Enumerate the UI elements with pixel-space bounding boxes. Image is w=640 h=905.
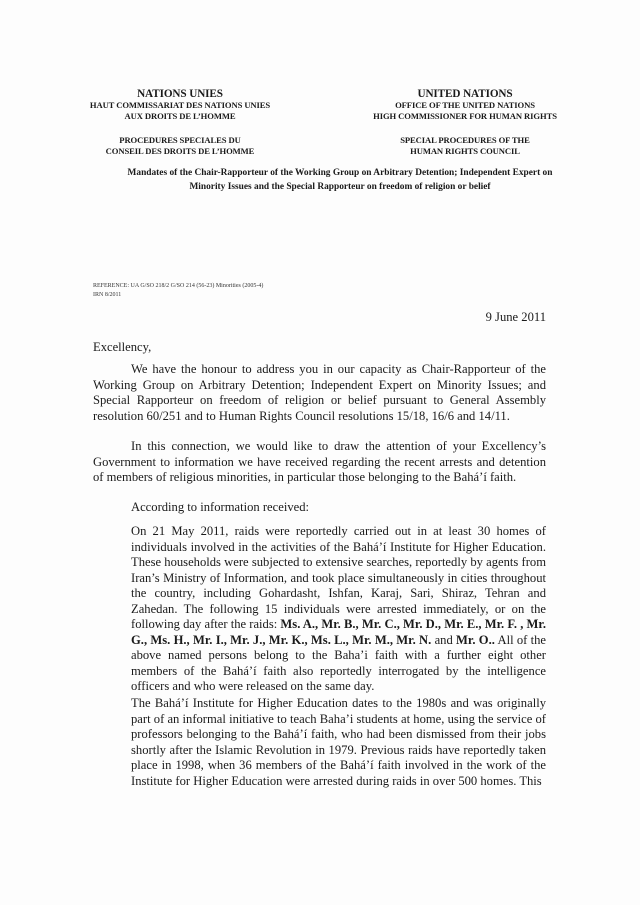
raids-text: On 21 May 2011, raids were reportedly ca…: [131, 524, 546, 631]
letterhead-french: NATIONS UNIES HAUT COMMISSARIAT DES NATI…: [65, 88, 295, 157]
org-name-en: UNITED NATIONS: [335, 88, 595, 100]
office-line-fr-1: HAUT COMMISSARIAT DES NATIONS UNIES: [65, 100, 295, 111]
letter-date: 9 June 2011: [486, 310, 546, 325]
office-line-en-2: HIGH COMMISSIONER FOR HUMAN RIGHTS: [335, 111, 595, 122]
and-text: and: [431, 633, 456, 647]
arrested-last-name: Mr. O..: [456, 633, 495, 647]
paragraph-mandate: We have the honour to address you in our…: [93, 362, 546, 424]
letterhead-english: UNITED NATIONS OFFICE OF THE UNITED NATI…: [335, 88, 595, 157]
reference-code: IRN 8/2011: [93, 291, 263, 300]
paragraph-according: According to information received:: [131, 500, 546, 516]
reference-block: REFERENCE: UA G/SO 218/2 G/SO 214 (56-23…: [93, 282, 263, 299]
office-line-fr-2: AUX DROITS DE L’HOMME: [65, 111, 295, 122]
paragraph-connection: In this connection, we would like to dra…: [93, 439, 546, 486]
procedures-line-fr-2: CONSEIL DES DROITS DE L’HOMME: [65, 146, 295, 157]
procedures-line-en-2: HUMAN RIGHTS COUNCIL: [335, 146, 595, 157]
letterhead: NATIONS UNIES HAUT COMMISSARIAT DES NATI…: [60, 88, 600, 157]
mandates-line-2: Minority Issues and the Special Rapporte…: [80, 180, 600, 194]
org-name-fr: NATIONS UNIES: [65, 88, 295, 100]
mandates-line-1: Mandates of the Chair-Rapporteur of the …: [80, 166, 600, 180]
salutation: Excellency,: [93, 340, 151, 355]
reference-line: REFERENCE: UA G/SO 218/2 G/SO 214 (56-23…: [93, 282, 263, 291]
paragraph-raids: On 21 May 2011, raids were reportedly ca…: [131, 524, 546, 695]
procedures-line-en-1: SPECIAL PROCEDURES OF THE: [335, 135, 595, 146]
mandates-heading: Mandates of the Chair-Rapporteur of the …: [80, 166, 600, 194]
office-line-en-1: OFFICE OF THE UNITED NATIONS: [335, 100, 595, 111]
procedures-line-fr-1: PROCEDURES SPECIALES DU: [65, 135, 295, 146]
paragraph-institute: The Bahá’í Institute for Higher Educatio…: [131, 696, 546, 789]
document-page: NATIONS UNIES HAUT COMMISSARIAT DES NATI…: [0, 0, 640, 905]
